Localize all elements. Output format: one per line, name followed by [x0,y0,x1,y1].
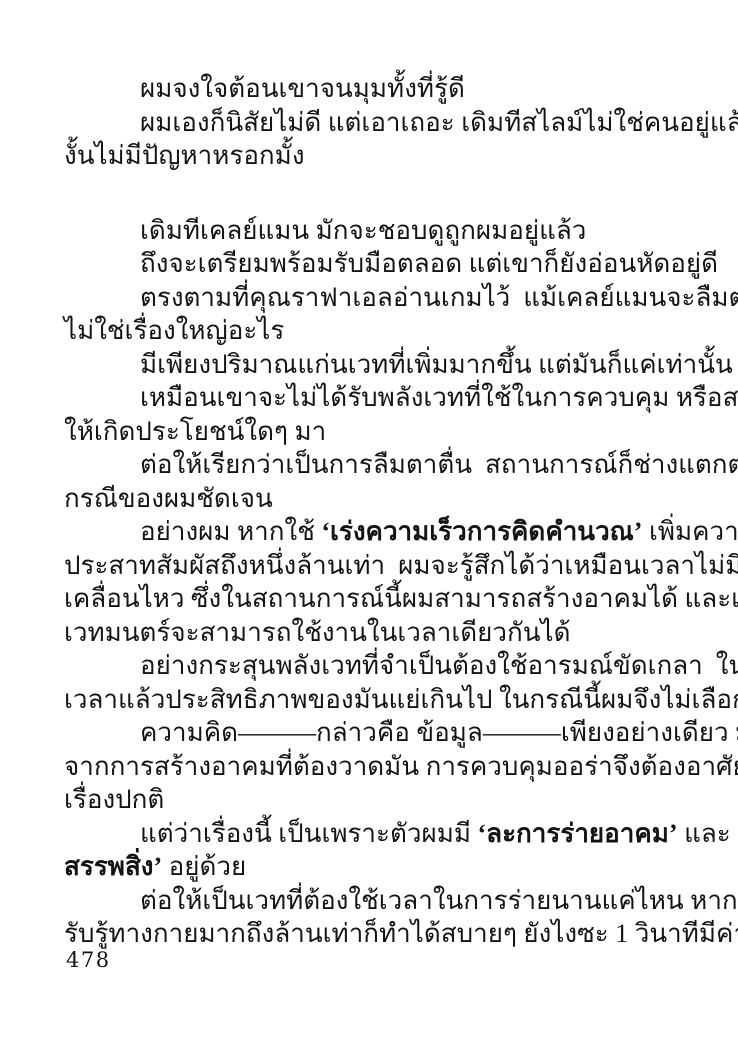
text-line: จากการสร้างอาคมที่ต้องวาดมัน การควบคุมออ… [64,750,654,784]
text-line: ไม่ใช่เรื่องใหญ่อะไร [64,314,654,348]
text-line: แต่ว่าเรื่องนี้ เป็นเพราะตัวผมมี ‘ละการร… [64,817,654,851]
text-line: ตรงตามที่คุณราฟาเอลอ่านเกมไว้ แม้เคลย์แม… [64,281,654,315]
text-line: รับรู้ทางกายมากถึงล้านเท่าก็ทำได้สบายๆ ย… [64,917,654,951]
text-line: ผมจงใจต้อนเขาจนมุมทั้งที่รู้ดี [64,72,654,106]
text-segment: เหมือนเขาจะไม่ได้รับพลังเวทที่ใช้ในการคว… [140,383,738,412]
text-line: ให้เกิดประโยชน์ใดๆ มา [64,415,654,449]
text-line: เดิมทีเคลย์แมน มักจะชอบดูถูกผมอยู่แล้ว [64,214,654,248]
text-line: เรื่องปกติ [64,783,654,817]
text-line: งั้นไม่มีปัญหาหรอกมั้ง [64,139,654,173]
text-segment: อย่างผม หากใช้ [140,517,321,546]
text-segment: แต่ว่าเรื่องนี้ เป็นเพราะตัวผมมี [140,819,478,848]
text-line: อย่างผม หากใช้ ‘เร่งความเร็วการคิดคำนวณ’… [64,515,654,549]
text-segment: ผมเองก็นิสัยไม่ดี แต่เอาเถอะ เดิมทีสไลม์… [140,108,738,137]
text-segment: เวทมนตร์จะสามารถใช้งานในเวลาเดียวกันได้ [64,618,570,647]
text-segment: เพิ่มความเร็ว [642,517,738,546]
text-segment: และ [678,819,738,848]
text-segment: ต่อให้เป็นเวทที่ต้องใช้เวลาในการร่ายนานแ… [140,886,738,915]
skill-name: สรรพสิ่ง’ [64,852,162,881]
text-segment: เคลื่อนไหว ซึ่งในสถานการณ์นี้ผมสามารถสร้… [64,584,738,613]
text-segment: ผมจงใจต้อนเขาจนมุมทั้งที่รู้ดี [140,74,465,103]
text-segment: มีเพียงปริมาณแก่นเวทที่เพิ่มมากขึ้น แต่ม… [140,350,733,379]
text-segment: ประสาทสัมผัสถึงหนึ่งล้านเท่า ผมจะรู้สึกไ… [64,551,738,580]
book-page: ผมจงใจต้อนเขาจนมุมทั้งที่รู้ดีผมเองก็นิส… [0,0,738,1051]
text-segment: ต่อให้เรียกว่าเป็นการลืมตาตื่น สถานการณ์… [140,450,738,479]
text-segment: ไม่ใช่เรื่องใหญ่อะไร [64,316,284,345]
text-line: เคลื่อนไหว ซึ่งในสถานการณ์นี้ผมสามารถสร้… [64,582,654,616]
text-segment: ตรงตามที่คุณราฟาเอลอ่านเกมไว้ แม้เคลย์แม… [140,283,738,312]
text-segment: ให้เกิดประโยชน์ใดๆ มา [64,417,326,446]
text-segment: เดิมทีเคลย์แมน มักจะชอบดูถูกผมอยู่แล้ว [140,216,586,245]
text-segment: ความคิด———กล่าวคือ ข้อมูล———เพียงอย่างเด… [140,718,738,747]
text-line: สรรพสิ่ง’ อยู่ด้วย [64,850,654,884]
text-segment: เวลาแล้วประสิทธิภาพของมันแย่เกินไป ในกรณ… [64,685,738,714]
text-line: ประสาทสัมผัสถึงหนึ่งล้านเท่า ผมจะรู้สึกไ… [64,549,654,583]
text-line: ถึงจะเตรียมพร้อมรับมือตลอด แต่เขาก็ยังอ่… [64,247,654,281]
text-line: ผมเองก็นิสัยไม่ดี แต่เอาเถอะ เดิมทีสไลม์… [64,106,654,140]
text-segment: อยู่ด้วย [162,852,246,881]
skill-name: ‘เร่งความเร็วการคิดคำนวณ’ [321,517,642,546]
text-line: เวทมนตร์จะสามารถใช้งานในเวลาเดียวกันได้ [64,616,654,650]
text-segment: ถึงจะเตรียมพร้อมรับมือตลอด แต่เขาก็ยังอ่… [140,249,718,278]
text-line: อย่างกระสุนพลังเวทที่จำเป็นต้องใช้อารมณ์… [64,649,654,683]
text-line: กรณีของผมชัดเจน [64,482,654,516]
text-line: เหมือนเขาจะไม่ได้รับพลังเวทที่ใช้ในการคว… [64,381,654,415]
page-number: 478 [66,948,111,972]
text-line: ความคิด———กล่าวคือ ข้อมูล———เพียงอย่างเด… [64,716,654,750]
text-segment: กรณีของผมชัดเจน [64,484,273,513]
body-text: ผมจงใจต้อนเขาจนมุมทั้งที่รู้ดีผมเองก็นิส… [64,72,654,951]
text-segment: อย่างกระสุนพลังเวทที่จำเป็นต้องใช้อารมณ์… [140,651,738,680]
skill-name: ‘ละการร่ายอาคม’ [478,819,678,848]
text-line: ต่อให้เรียกว่าเป็นการลืมตาตื่น สถานการณ์… [64,448,654,482]
text-segment: รับรู้ทางกายมากถึงล้านเท่าก็ทำได้สบายๆ ย… [64,919,738,948]
text-segment: งั้นไม่มีปัญหาหรอกมั้ง [64,141,305,170]
text-line: มีเพียงปริมาณแก่นเวทที่เพิ่มมากขึ้น แต่ม… [64,348,654,382]
text-segment: เรื่องปกติ [64,785,164,814]
blank-line [64,173,654,214]
text-line: ต่อให้เป็นเวทที่ต้องใช้เวลาในการร่ายนานแ… [64,884,654,918]
text-line: เวลาแล้วประสิทธิภาพของมันแย่เกินไป ในกรณ… [64,683,654,717]
text-segment: จากการสร้างอาคมที่ต้องวาดมัน การควบคุมออ… [64,752,738,781]
